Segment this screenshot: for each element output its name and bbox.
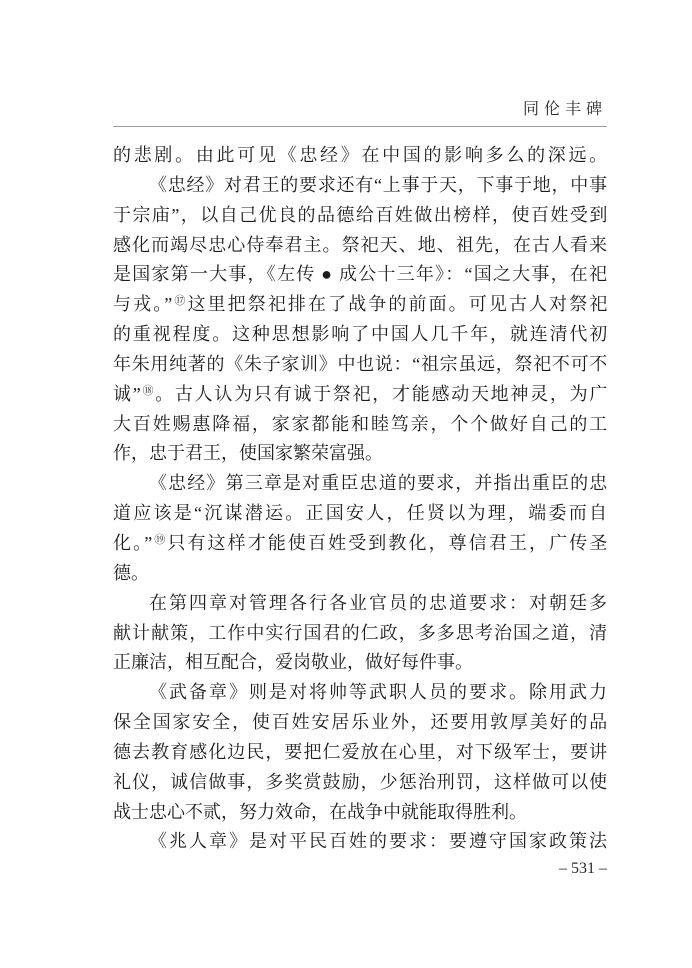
text-line: 献计献策，工作中实行国君的仁政，多多思考治国之道，清 [113, 619, 607, 649]
text-line: 是国家第一大事，《左传 ● 成公十三年》：“国之大事，在祀 [113, 260, 607, 290]
text-line: 德。 [113, 559, 607, 589]
text-line: 保全国家安全，使百姓安居乐业外，还要用敦厚美好的品 [113, 708, 607, 738]
text-line: 道应该是“沉谋潜运。正国安人，任贤以为理，端委而自 [113, 499, 607, 529]
footnote-marker: ⑱ [141, 385, 155, 397]
text-line: 于宗庙”，以自己优良的品德给百姓做出榜样，使百姓受到 [113, 201, 607, 231]
text-line: 《忠经》第三章是对重臣忠道的要求，并指出重臣的忠 [113, 469, 607, 499]
text-line: 战士忠心不贰，努力效命，在战争中就能取得胜利。 [113, 798, 607, 828]
text-line: 正廉洁，相互配合，爱岗敬业，做好每件事。 [113, 648, 607, 678]
text-line: 感化而竭尽忠心侍奉君主。祭祀天、地、祖先，在古人看来 [113, 231, 607, 261]
text-line: 作，忠于君王，使国家繁荣富强。 [113, 439, 607, 469]
text-line: 礼仪，诚信做事，多奖赏鼓励，少惩治刑罚，这样做可以使 [113, 768, 607, 798]
text-line: 与戎。”⑰这里把祭祀排在了战争的前面。可见古人对祭祀 [113, 290, 607, 320]
text-line: 年朱用纯著的《朱子家训》中也说：“祖宗虽远，祭祀不可不 [113, 350, 607, 380]
text-line: 的重视程度。这种思想影响了中国人几千年，就连清代初 [113, 320, 607, 350]
text-line: 在第四章对管理各行各业官员的忠道要求：对朝廷多 [113, 589, 607, 619]
footnote-marker: ⑲ [152, 534, 167, 546]
text-line: 大百姓赐惠降福，家家都能和睦笃亲，个个做好自己的工 [113, 410, 607, 440]
header-rule-divider [113, 126, 607, 127]
footnote-marker: ⑰ [172, 295, 187, 307]
text-line: 《兆人章》是对平民百姓的要求：要遵守国家政策法 [113, 827, 607, 857]
body-text: 的悲剧。由此可见《忠经》在中国的影响多么的深远。《忠经》对君王的要求还有“上事于… [113, 141, 607, 857]
text-line: 德去教育感化边民，要把仁爱放在心里，对下级军士，要讲 [113, 738, 607, 768]
book-page: 同伦丰碑 的悲剧。由此可见《忠经》在中国的影响多么的深远。《忠经》对君王的要求还… [0, 0, 692, 968]
text-line: 诚”⑱。古人认为只有诚于祭祀，才能感动天地神灵，为广 [113, 380, 607, 410]
text-line: 《忠经》对君王的要求还有“上事于天，下事于地，中事 [113, 171, 607, 201]
text-line: 《武备章》则是对将帅等武职人员的要求。除用武力 [113, 678, 607, 708]
running-header: 同伦丰碑 [113, 96, 607, 119]
text-line: 的悲剧。由此可见《忠经》在中国的影响多么的深远。 [113, 141, 607, 171]
page-number: – 531 – [113, 860, 607, 878]
text-line: 化。”⑲只有这样才能使百姓受到教化，尊信君王，广传圣 [113, 529, 607, 559]
